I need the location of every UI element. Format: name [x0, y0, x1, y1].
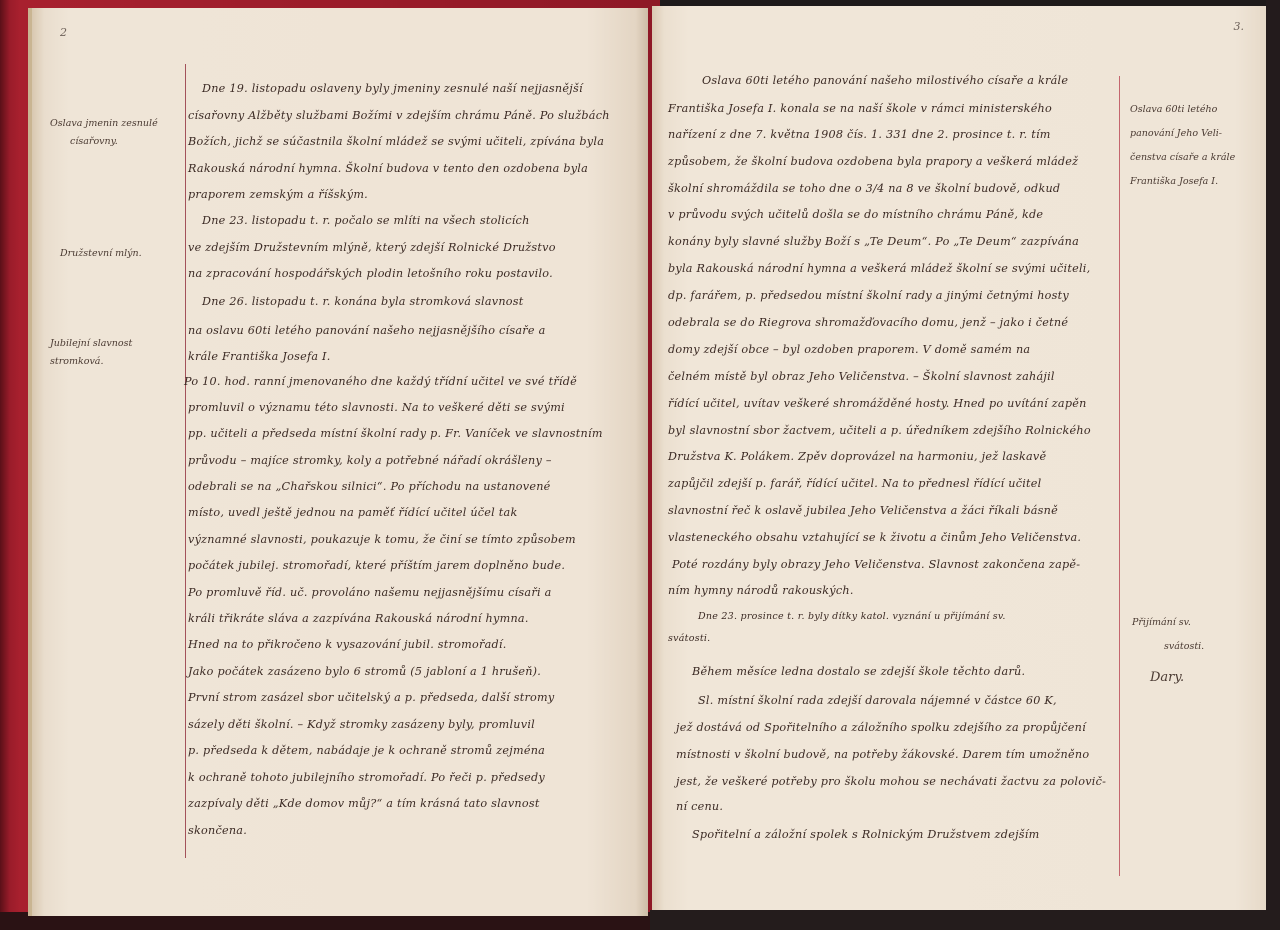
margin-note: Františka Josefa I.: [1130, 176, 1218, 187]
text-line: Františka Josefa I. konala se na naší šk…: [668, 102, 1052, 115]
text-line: Rakouská národní hymna. Školní budova v …: [188, 162, 588, 175]
text-line: k ochraně tohoto jubilejního stromořadí.…: [188, 771, 545, 784]
text-line: významné slavnosti, poukazuje k tomu, že…: [188, 533, 576, 546]
text-line: na zpracování hospodářských plodin letoš…: [188, 267, 553, 280]
margin-rule: [185, 64, 186, 858]
margin-note: svátosti.: [1164, 641, 1204, 652]
text-line: řídící učitel, uvítav veškeré shromážděn…: [668, 397, 1087, 410]
text-line: Po 10. hod. ranní jmenovaného dne každý …: [184, 375, 577, 388]
text-line: praporem zemským a říšským.: [188, 188, 368, 201]
right-page: 3. Oslava 60ti letého panování Jeho Veli…: [652, 6, 1266, 910]
text-line: Během měsíce ledna dostalo se zdejší ško…: [692, 665, 1025, 678]
margin-note: Družstevní mlýn.: [60, 248, 142, 259]
margin-note: čenstva císaře a krále: [1130, 152, 1235, 163]
text-line: sázely děti školní. – Když stromky zasáz…: [188, 718, 535, 731]
text-line: císařovny Alžběty službami Božími v zdej…: [188, 109, 610, 122]
text-line: Družstva K. Polákem. Zpěv doprovázel na …: [668, 450, 1046, 463]
margin-rule: [1119, 76, 1120, 876]
book-cover-bottom-right: [650, 910, 1280, 930]
text-line: způsobem, že školní budova ozdobena byla…: [668, 155, 1078, 168]
text-line: domy zdejší obce – byl ozdoben praporem.…: [668, 343, 1030, 356]
text-line: odebrali se na „Chařskou silnici“. Po př…: [188, 480, 551, 493]
text-line: Jako počátek zasázeno bylo 6 stromů (5 j…: [188, 665, 541, 678]
text-line: svátosti.: [668, 633, 710, 644]
text-line: školní shromáždila se toho dne o 3/4 na …: [668, 182, 1060, 195]
text-line: konány byly slavné služby Boží s „Te Deu…: [668, 235, 1079, 248]
text-line: Spořitelní a záložní spolek s Rolnickým …: [692, 828, 1039, 841]
margin-note: Oslava 60ti letého: [1130, 104, 1217, 115]
book-cover-right-edge: [1266, 0, 1280, 930]
text-line: ním hymny národů rakouských.: [668, 584, 854, 597]
text-line: zazpívaly děti „Kde domov můj?“ a tím kr…: [188, 797, 540, 810]
margin-note: císařovny.: [70, 136, 118, 147]
text-line: byla Rakouská národní hymna a veškerá ml…: [668, 262, 1090, 275]
text-line: odebrala se do Riegrova shromažďovacího …: [668, 316, 1068, 329]
page-number: 3.: [1234, 20, 1245, 33]
text-line: Božích, jichž se súčastnila školní mláde…: [188, 135, 604, 148]
left-page: 2 Oslava jmenin zesnulé císařovny. Družs…: [28, 8, 648, 916]
text-line: jest, že veškeré potřeby pro školu mohou…: [676, 775, 1106, 788]
text-line: p. předseda k dětem, nabádaje je k ochra…: [188, 744, 545, 757]
text-line: Dne 26. listopadu t. r. konána byla stro…: [202, 295, 524, 308]
margin-note: Jubilejní slavnost: [50, 338, 132, 349]
text-line: jež dostává od Spořitelního a záložního …: [676, 721, 1086, 734]
text-line: Dne 23. listopadu t. r. počalo se mlíti …: [202, 214, 530, 227]
margin-note: Oslava jmenin zesnulé: [50, 118, 158, 129]
page-number: 2: [60, 26, 67, 39]
text-line: na oslavu 60ti letého panování našeho ne…: [188, 324, 546, 337]
text-line: místnosti v školní budově, na potřeby žá…: [676, 748, 1089, 761]
text-line: počátek jubilej. stromořadí, které příšt…: [188, 559, 565, 572]
text-line: vlasteneckého obsahu vztahující se k živ…: [668, 531, 1081, 544]
text-line: Poté rozdány byly obrazy Jeho Veličenstv…: [672, 558, 1080, 571]
text-line: čelném místě byl obraz Jeho Veličenstva.…: [668, 370, 1055, 383]
text-line: králi třikráte sláva a zazpívána Rakousk…: [188, 612, 529, 625]
text-line: pp. učiteli a předseda místní školní rad…: [188, 427, 603, 440]
text-line: Sl. místní školní rada zdejší darovala n…: [698, 694, 1057, 707]
text-line: promluvil o významu této slavnosti. Na t…: [188, 401, 565, 414]
margin-note: Přijímání sv.: [1132, 617, 1191, 628]
text-line: Dne 19. listopadu oslaveny byly jmeniny …: [202, 82, 583, 95]
margin-note: stromková.: [50, 356, 104, 367]
text-line: Dne 23. prosince t. r. byly dítky katol.…: [698, 611, 1006, 622]
text-line: místo, uvedl ještě jednou na paměť řídíc…: [188, 506, 518, 519]
text-line: ve zdejším Družstevním mlýně, který zdej…: [188, 241, 556, 254]
text-line: v průvodu svých učitelů došla se do míst…: [668, 208, 1043, 221]
text-line: byl slavnostní sbor žactvem, učiteli a p…: [668, 424, 1091, 437]
text-line: Oslava 60ti letého panování našeho milos…: [702, 74, 1068, 87]
text-line: krále Františka Josefa I.: [188, 350, 331, 363]
text-line: slavnostní řeč k oslavě jubilea Jeho Vel…: [668, 504, 1058, 517]
text-line: ní cenu.: [676, 800, 723, 813]
text-line: dp. farářem, p. předsedou místní školní …: [668, 289, 1069, 302]
text-line: skončena.: [188, 824, 247, 837]
text-line: První strom zasázel sbor učitelský a p. …: [188, 691, 554, 704]
text-line: zapůjčil zdejší p. farář, řídící učitel.…: [668, 477, 1042, 490]
text-line: Po promluvě říd. uč. provoláno našemu ne…: [188, 586, 552, 599]
text-line: Hned na to přikročeno k vysazování jubil…: [188, 638, 507, 651]
text-line: průvodu – majíce stromky, koly a potřebn…: [188, 454, 552, 467]
text-line: nařízení z dne 7. května 1908 čís. 1. 33…: [668, 128, 1051, 141]
margin-note: panování Jeho Veli-: [1130, 128, 1222, 139]
margin-note: Dary.: [1150, 670, 1184, 685]
